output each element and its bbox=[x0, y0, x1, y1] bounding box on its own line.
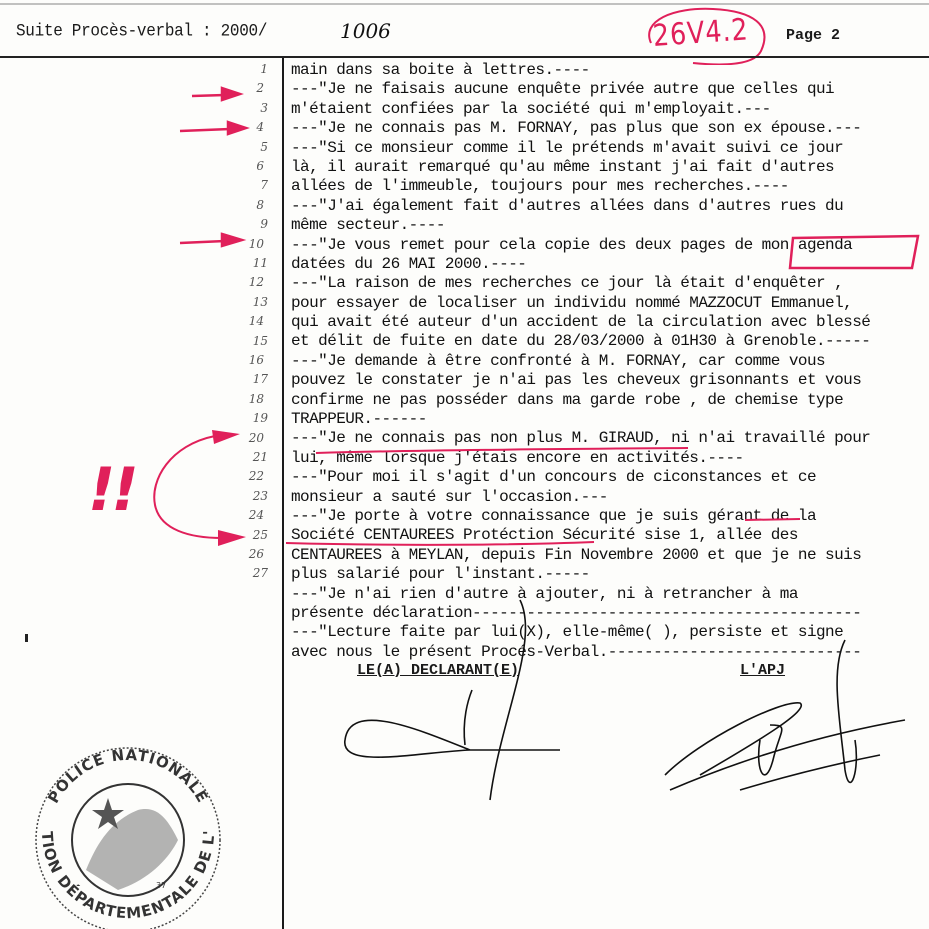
statement-line: monsieur a sauté sur l'occasion.--- bbox=[291, 488, 927, 507]
statement-line: m'étaient confiées par la société qui m'… bbox=[291, 100, 927, 119]
scan-mark bbox=[25, 634, 28, 642]
statement-line: allées de l'immeuble, toujours pour mes … bbox=[291, 177, 927, 196]
police-seal: POLICE NATIONALE DIRECTION DÉPARTEMENTAL… bbox=[28, 740, 228, 929]
margin-line-number: 26 bbox=[234, 547, 264, 561]
margin-line-number: 3 bbox=[238, 101, 268, 115]
margin-line-number: 13 bbox=[238, 295, 268, 309]
margin-line-number: 15 bbox=[238, 334, 268, 348]
document-title: Suite Procès-verbal : 2000/ bbox=[16, 21, 267, 41]
document-page: Suite Procès-verbal : 2000/ 1006 Page 2 … bbox=[0, 0, 929, 929]
margin-line-number: 23 bbox=[238, 489, 268, 503]
statement-line: ---"Lecture faite par lui(X), elle-même(… bbox=[291, 623, 927, 642]
seal-department-number: 37 bbox=[156, 881, 166, 890]
handwritten-record-number: 1006 bbox=[340, 19, 391, 43]
statement-line: datées du 26 MAI 2000.---- bbox=[291, 255, 927, 274]
seal-top-text: POLICE NATIONALE bbox=[44, 746, 212, 806]
statement-line: TRAPPEUR.------ bbox=[291, 410, 927, 429]
margin-line-number: 8 bbox=[234, 198, 264, 212]
statement-line: pour essayer de localiser un individu no… bbox=[291, 294, 927, 313]
statement-line: CENTAUREES à MEYLAN, depuis Fin Novembre… bbox=[291, 546, 927, 565]
margin-line-number: 5 bbox=[238, 140, 268, 154]
margin-line-number: 2 bbox=[234, 81, 264, 95]
margin-divider bbox=[282, 58, 284, 929]
margin-line-number: 12 bbox=[234, 275, 264, 289]
declarant-label: LE(A) DECLARANT(E) bbox=[357, 662, 519, 679]
statement-line: ---"Pour moi il s'agit d'un concours de … bbox=[291, 468, 927, 487]
margin-line-number: 14 bbox=[234, 314, 264, 328]
curved-arrow-icon bbox=[154, 436, 222, 538]
statement-line: ---"Je n'ai rien d'autre à ajouter, ni à… bbox=[291, 585, 927, 604]
statement-line: ---"Je ne faisais aucune enquête privée … bbox=[291, 80, 927, 99]
statement-line: qui avait été auteur d'un accident de la… bbox=[291, 313, 927, 332]
margin-line-number: 4 bbox=[234, 120, 264, 134]
margin-line-number: 20 bbox=[234, 431, 264, 445]
reference-stamp-text: 26V4.2 bbox=[652, 12, 750, 54]
seal-emblem-icon: POLICE NATIONALE DIRECTION DÉPARTEMENTAL… bbox=[28, 740, 228, 929]
statement-line: ---"Je demande à être confronté à M. FOR… bbox=[291, 352, 927, 371]
statement-line: présente déclaration--------------------… bbox=[291, 604, 927, 623]
margin-line-number: 7 bbox=[238, 178, 268, 192]
margin-line-number: 24 bbox=[234, 508, 264, 522]
statement-line: pouvez le constater je n'ai pas les chev… bbox=[291, 371, 927, 390]
statement-line: là, il aurait remarqué qu'au même instan… bbox=[291, 158, 927, 177]
statement-line: ---"Je vous remet pour cela copie des de… bbox=[291, 236, 927, 255]
statement-line: ---"J'ai également fait d'autres allées … bbox=[291, 197, 927, 216]
document-header: Suite Procès-verbal : 2000/ 1006 Page 2 … bbox=[0, 0, 929, 58]
statement-line: même secteur.---- bbox=[291, 216, 927, 235]
margin-line-number: 11 bbox=[238, 256, 268, 270]
statement-line: Société CENTAUREES Protéction Sécurité s… bbox=[291, 526, 927, 545]
margin-line-number: 17 bbox=[238, 372, 268, 386]
statement-line: ---"Si ce monsieur comme il le prétends … bbox=[291, 139, 927, 158]
page-number: Page 2 bbox=[786, 27, 840, 44]
margin-line-number: 10 bbox=[234, 237, 264, 251]
exclamation-annotation: !! bbox=[88, 455, 135, 525]
statement-line: ---"La raison de mes recherches ce jour … bbox=[291, 274, 927, 293]
signature-labels: LE(A) DECLARANT(E) L'APJ bbox=[291, 658, 927, 680]
statement-line: plus salarié pour l'instant.----- bbox=[291, 565, 927, 584]
statement-line: ---"Je ne connais pas non plus M. GIRAUD… bbox=[291, 429, 927, 448]
header-divider bbox=[0, 56, 929, 58]
margin-line-number: 25 bbox=[238, 528, 268, 542]
margin-line-number: 21 bbox=[238, 450, 268, 464]
statement-line: main dans sa boite à lettres.---- bbox=[291, 61, 927, 80]
margin-line-number: 18 bbox=[234, 392, 264, 406]
margin-line-number: 22 bbox=[234, 469, 264, 483]
statement-line: confirme ne pas posséder dans ma garde r… bbox=[291, 391, 927, 410]
officer-label: L'APJ bbox=[740, 662, 785, 679]
reference-stamp: 26V4.2 bbox=[633, 3, 773, 61]
margin-line-number: 1 bbox=[238, 62, 268, 76]
margin-line-number: 9 bbox=[238, 217, 268, 231]
margin-line-number: 27 bbox=[238, 566, 268, 580]
statement-line: ---"Je porte à votre connaissance que je… bbox=[291, 507, 927, 526]
margin-line-number: 16 bbox=[234, 353, 264, 367]
statement-body: main dans sa boite à lettres.-------"Je … bbox=[291, 61, 927, 662]
margin-line-number: 19 bbox=[238, 411, 268, 425]
statement-line: et délit de fuite en date du 28/03/2000 … bbox=[291, 332, 927, 351]
statement-line: ---"Je ne connais pas M. FORNAY, pas plu… bbox=[291, 119, 927, 138]
statement-line: lui, même lorsque j'étais encore en acti… bbox=[291, 449, 927, 468]
margin-line-number: 6 bbox=[234, 159, 264, 173]
